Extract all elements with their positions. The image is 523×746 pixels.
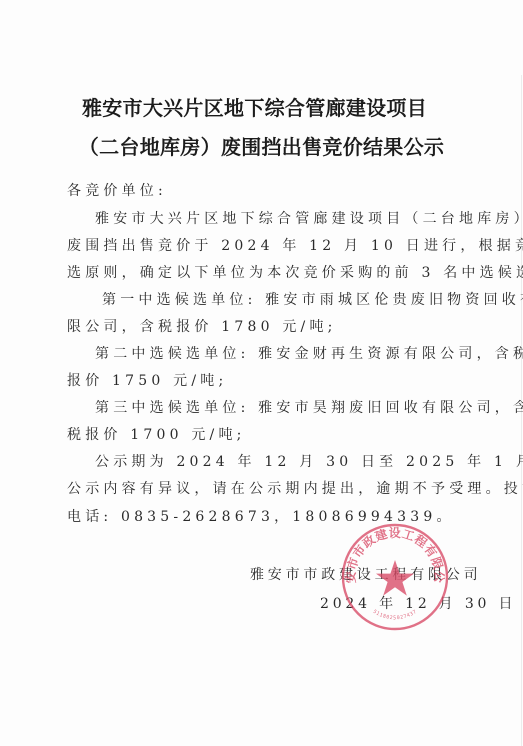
document-title-line-1: 雅安市大兴片区地下综合管廊建设项目	[0, 92, 516, 121]
candidate-1-line-1: 第一中选候选单位: 雅安市雨城区伦贵废旧物资回收有	[102, 291, 482, 309]
paragraph-1-line-3: 选原则，确定以下单位为本次竞价采购的前 3 名中选候选人:	[67, 264, 447, 282]
candidate-3-line-1: 第三中选候选单位: 雅安市昊翔废旧回收有限公司，含	[95, 399, 475, 417]
paragraph-1-line-2: 废围挡出售竞价于 2024 年 12 月 10 日进行，根据竞价函的中	[67, 237, 447, 255]
paragraph-1-line-1: 雅安市大兴片区地下综合管廊建设项目（二台地库房）	[95, 210, 475, 228]
notice-line-1: 公示期为 2024 年 12 月 30 日至 2025 年 1 月 1 日，如对	[95, 453, 475, 471]
candidate-2-line-1: 第二中选候选单位: 雅安金财再生资源有限公司，含税	[95, 345, 475, 363]
company-seal-icon: 雅安市市政建设工程有限公司 5118025027437	[340, 522, 450, 632]
svg-text:5118025027437: 5118025027437	[372, 609, 418, 621]
seal-number: 5118025027437	[372, 609, 418, 621]
candidate-3-line-2: 税报价 1700 元/吨;	[67, 426, 447, 444]
document-page: 雅安市大兴片区地下综合管廊建设项目 （二台地库房）废围挡出售竞价结果公示 各竞价…	[0, 0, 523, 746]
candidate-2-line-2: 报价 1750 元/吨;	[67, 372, 447, 390]
salutation: 各竞价单位:	[67, 182, 447, 200]
notice-line-2: 公示内容有异议，请在公示期内提出，逾期不予受理。投诉	[67, 480, 447, 498]
document-title-line-2: （二台地库房）废围挡出售竞价结果公示	[0, 131, 523, 160]
candidate-1-line-2: 限公司，含税报价 1780 元/吨;	[67, 318, 447, 336]
